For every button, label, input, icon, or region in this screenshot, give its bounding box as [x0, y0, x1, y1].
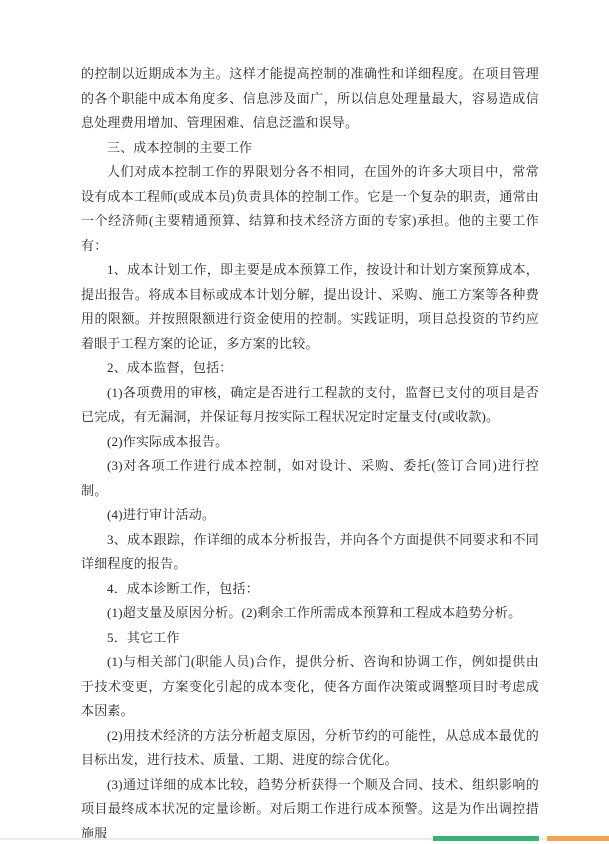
footer-strip-orange — [547, 836, 609, 841]
paragraph: (1)各项费用的审核，确定是否进行工程款的支付，监督已支付的项目是否已完成，有无… — [81, 381, 539, 430]
paragraph: (1)超支量及原因分析。(2)剩余工作所需成本预算和工程成本趋势分析。 — [81, 601, 539, 626]
document-text: 的控制以近期成本为主。这样才能提高控制的准确性和详细程度。在项目管理的各个职能中… — [81, 62, 539, 844]
paragraph: (3)对各项工作进行成本控制，如对设计、采购、委托(签订合同)进行控制。 — [81, 454, 539, 503]
paragraph: (2)用技术经济的方法分析超支原因，分析节约的可能性，从总成本最优的目标出发，进… — [81, 724, 539, 773]
paragraph: 4．成本诊断工作，包括： — [81, 577, 539, 602]
paragraph: (1)与相关部门(职能人员)合作，提供分析、咨询和协调工作，例如提供由于技术变更… — [81, 650, 539, 724]
paragraph: (3)通过详细的成本比较，趋势分析获得一个顺及合同、技术、组织影响的项目最终成本… — [81, 773, 539, 844]
paragraph: 3、成本跟踪，作详细的成本分析报告，并向各个方面提供不同要求和不同详细程度的报告… — [81, 528, 539, 577]
paragraph: 1、成本计划工作，即主要是成本预算工作，按设计和计划方案预算成本，提出报告。将成… — [81, 258, 539, 356]
paragraph: 的控制以近期成本为主。这样才能提高控制的准确性和详细程度。在项目管理的各个职能中… — [81, 62, 539, 136]
paragraph: 5．其它工作 — [81, 626, 539, 651]
paragraph: (4)进行审计活动。 — [81, 503, 539, 528]
paragraph: 人们对成本控制工作的界限划分各不相同，在国外的许多大项目中，常常设有成本工程师(… — [81, 160, 539, 258]
document-page: 的控制以近期成本为主。这样才能提高控制的准确性和详细程度。在项目管理的各个职能中… — [0, 0, 609, 844]
paragraph: 2、成本监督，包括： — [81, 356, 539, 381]
paragraph: (2)作实际成本报告。 — [81, 430, 539, 455]
footer-strip-green — [433, 836, 539, 841]
section-heading: 三、成本控制的主要工作 — [81, 136, 539, 161]
